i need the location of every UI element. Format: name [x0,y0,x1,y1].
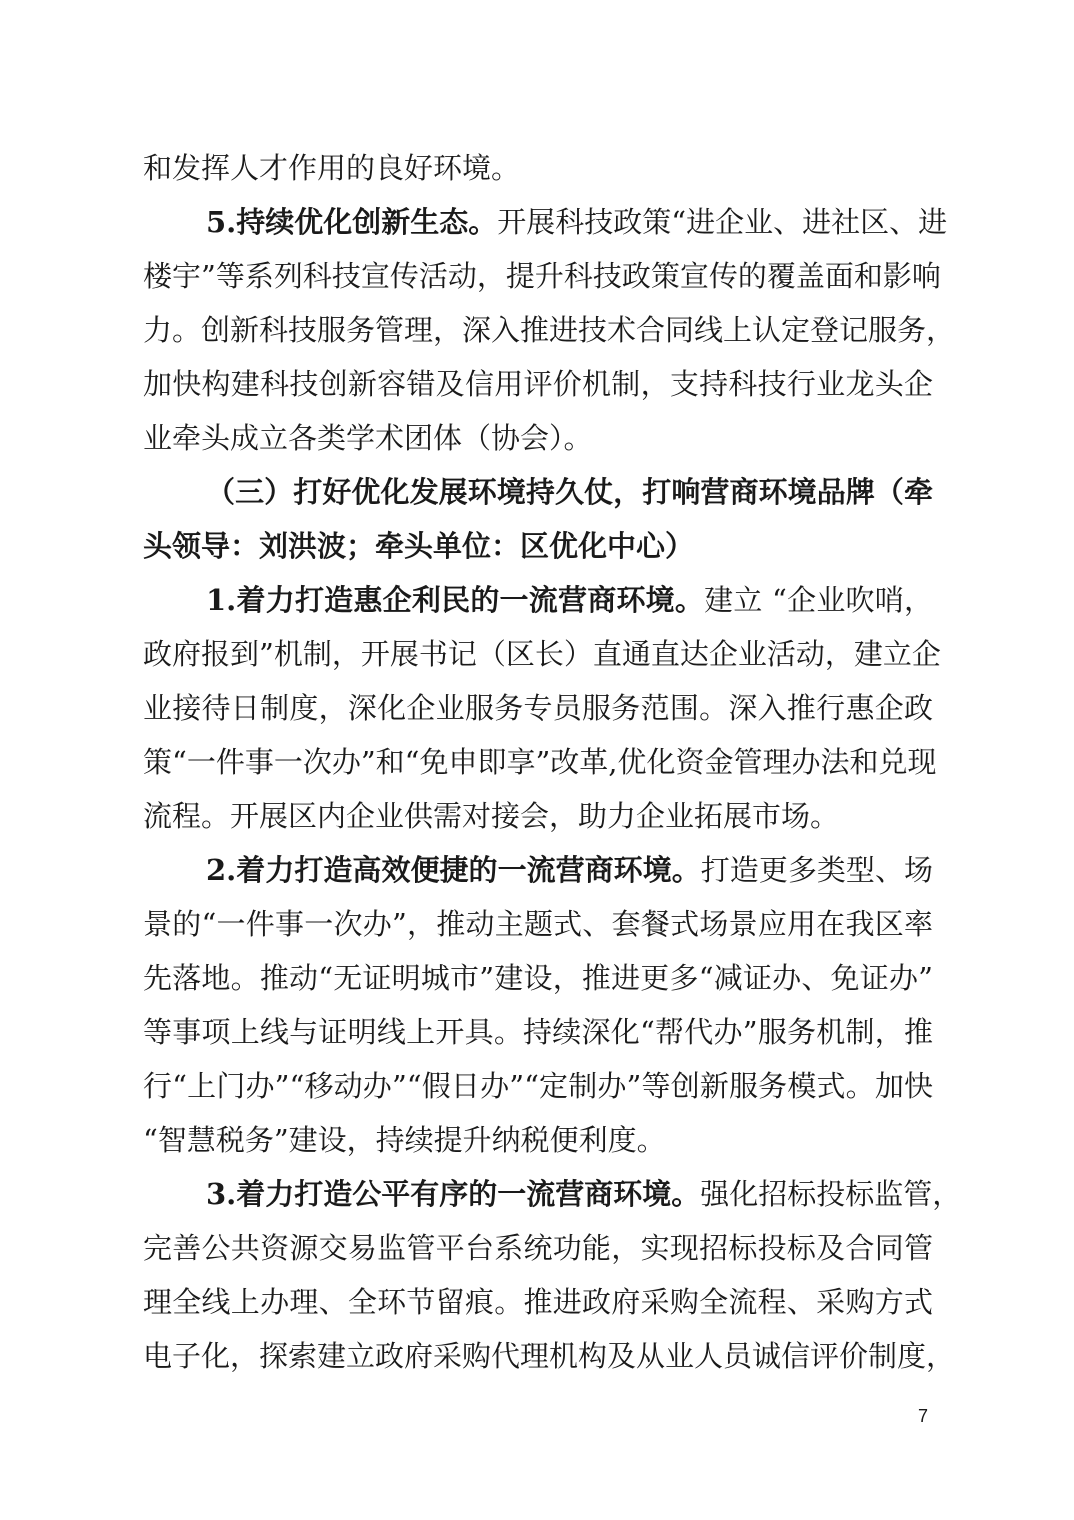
line-text: 景的“一件事一次办”，推动主题式、套餐式场景应用在我区率 [143,907,933,941]
paragraph-line: 业牵头成立各类学术团体（协会）。 [143,416,933,470]
page-number: 7 [918,1406,928,1427]
section-heading-line: 头领导：刘洪波；牵头单位：区优化中心） [143,524,933,578]
line-text: 流程。开展区内企业供需对接会，助力企业拓展市场。 [143,799,839,833]
line-text: “智慧税务”建设，持续提升纳税便利度。 [143,1123,666,1157]
line-text: 业牵头成立各类学术团体（协会）。 [143,421,593,455]
line-text: 行“上门办”“移动办”“假日办”“定制办”等创新服务模式。加快 [143,1069,933,1103]
paragraph-line: 等事项上线与证明线上开具。持续深化“帮代办”服务机制，推 [143,1010,933,1064]
paragraph-line: 和发挥人才作用的良好环境。 [143,146,933,200]
paragraph-line: 力。创新科技服务管理，深入推进技术合同线上认定登记服务， [143,308,933,362]
document-page: 和发挥人才作用的良好环境。 5.持续优化创新生态。开展科技政策“进企业、进社区、… [0,0,1074,1520]
line-text: 开展科技政策“进企业、进社区、进 [497,205,947,239]
paragraph-line: 景的“一件事一次办”，推动主题式、套餐式场景应用在我区率 [143,902,933,956]
line-text: 电子化，探索建立政府采购代理机构及从业人员诚信评价制度， [143,1339,955,1373]
paragraph-line: 业接待日制度，深化企业服务专员服务范围。深入推行惠企政 [143,686,933,740]
paragraph-line: 流程。开展区内企业供需对接会，助力企业拓展市场。 [143,794,933,848]
section-heading-line: （三）打好优化发展环境持久仗，打响营商环境品牌（牵 [143,470,933,524]
paragraph-1-heading-line: 1.着力打造惠企利民的一流营商环境。建立 “企业吹哨， [143,578,933,632]
line-text: 理全线上办理、全环节留痕。推进政府采购全流程、采购方式 [143,1285,933,1319]
item-heading: 2.着力打造高效便捷的一流营商环境。 [206,853,701,887]
paragraph-2-heading-line: 2.着力打造高效便捷的一流营商环境。打造更多类型、场 [143,848,933,902]
line-text: 等事项上线与证明线上开具。持续深化“帮代办”服务机制，推 [143,1015,933,1049]
line-text: 力。创新科技服务管理，深入推进技术合同线上认定登记服务， [143,313,955,347]
paragraph-line: 完善公共资源交易监管平台系统功能，实现招标投标及合同管 [143,1226,933,1280]
paragraph-line: 楼宇”等系列科技宣传活动，提升科技政策宣传的覆盖面和影响 [143,254,933,308]
line-text: 楼宇”等系列科技宣传活动，提升科技政策宣传的覆盖面和影响 [143,259,941,293]
line-text: 完善公共资源交易监管平台系统功能，实现招标投标及合同管 [143,1231,933,1265]
paragraph-line: 电子化，探索建立政府采购代理机构及从业人员诚信评价制度， [143,1334,933,1388]
item-heading: 3.着力打造公平有序的一流营商环境。 [206,1177,700,1211]
paragraph-line: 先落地。推动“无证明城市”建设，推进更多“减证办、免证办” [143,956,933,1010]
line-text: 先落地。推动“无证明城市”建设，推进更多“减证办、免证办” [143,961,933,995]
paragraph-line: 行“上门办”“移动办”“假日办”“定制办”等创新服务模式。加快 [143,1064,933,1118]
paragraph-line: 理全线上办理、全环节留痕。推进政府采购全流程、采购方式 [143,1280,933,1334]
paragraph-3-heading-line: 3.着力打造公平有序的一流营商环境。强化招标投标监管， [143,1172,933,1226]
line-text: 建立 “企业吹哨， [704,583,933,617]
line-text: 业接待日制度，深化企业服务专员服务范围。深入推行惠企政 [143,691,933,725]
line-text: 打造更多类型、场 [701,853,933,887]
section-heading: （三）打好优化发展环境持久仗，打响营商环境品牌（牵 [206,475,933,509]
paragraph-5-heading-line: 5.持续优化创新生态。开展科技政策“进企业、进社区、进 [143,200,933,254]
paragraph-line: 策“一件事一次办”和“免申即享”改革,优化资金管理办法和兑现 [143,740,933,794]
line-text: 强化招标投标监管， [700,1177,961,1211]
line-text: 政府报到”机制，开展书记（区长）直通直达企业活动，建立企 [143,637,941,671]
line-text: 加快构建科技创新容错及信用评价机制，支持科技行业龙头企 [143,367,933,401]
body-text: 和发挥人才作用的良好环境。 5.持续优化创新生态。开展科技政策“进企业、进社区、… [143,146,933,1388]
item-heading: 1.着力打造惠企利民的一流营商环境。 [206,583,704,617]
paragraph-line: “智慧税务”建设，持续提升纳税便利度。 [143,1118,933,1172]
line-text: 策“一件事一次办”和“免申即享”改革,优化资金管理办法和兑现 [143,745,937,779]
line-text: 和发挥人才作用的良好环境。 [143,151,520,185]
section-heading: 头领导：刘洪波；牵头单位：区优化中心） [143,529,694,563]
paragraph-line: 加快构建科技创新容错及信用评价机制，支持科技行业龙头企 [143,362,933,416]
paragraph-line: 政府报到”机制，开展书记（区长）直通直达企业活动，建立企 [143,632,933,686]
item-heading: 5.持续优化创新生态。 [206,205,497,239]
